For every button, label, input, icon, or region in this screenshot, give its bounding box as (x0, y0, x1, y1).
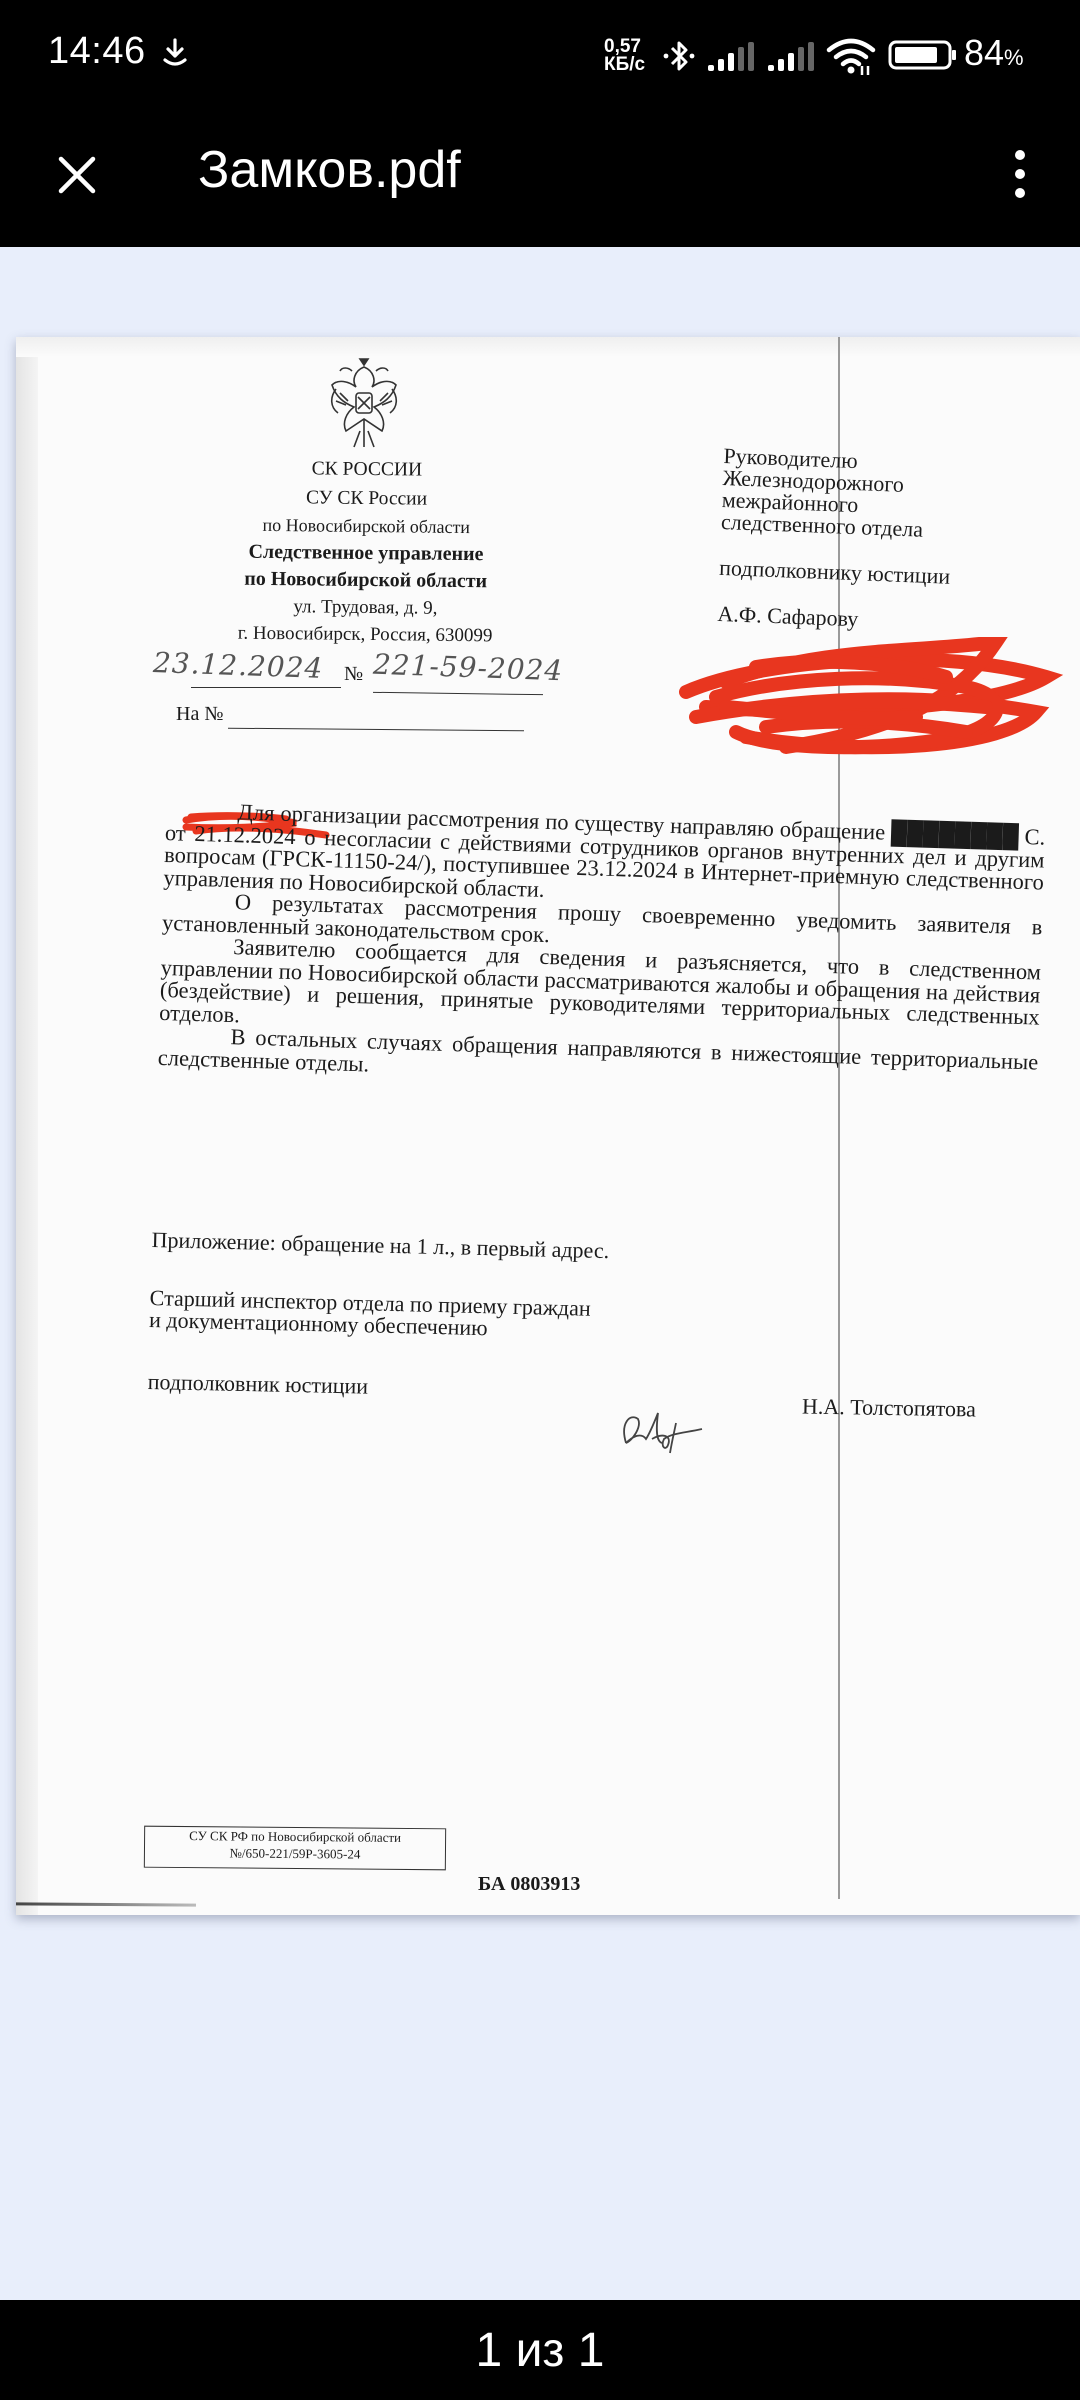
page-indicator-bar: 1 из 1 (0, 2300, 1080, 2400)
document-title: Замков.pdf (198, 140, 461, 200)
bluetooth-icon (660, 36, 698, 76)
page-indicator: 1 из 1 (476, 2323, 605, 2378)
signal-icon (766, 42, 816, 72)
letterhead-line: по Новосибирской области (196, 511, 536, 542)
appendix-line: Приложение: обращение на 1 л., в первый … (151, 1227, 609, 1264)
registration-stamp: СУ СК РФ по Новосибирской области №/650-… (144, 1826, 446, 1871)
more-vert-icon (1013, 149, 1027, 199)
red-scribble-redaction (666, 637, 1066, 767)
pdf-viewer[interactable]: СК РОССИИ СУ СК России по Новосибирской … (0, 247, 1080, 2300)
scan-artifact (16, 1902, 196, 1906)
coat-of-arms-emblem (324, 357, 404, 453)
signer-title: Старший инспектор отдела по приему гражд… (149, 1287, 591, 1342)
page-top-shadow (16, 337, 1080, 357)
date-underline (191, 687, 341, 688)
handwritten-number: 221-59-2024 (372, 648, 563, 688)
battery-percent: 84% (964, 32, 1024, 74)
addressee-name: А.Ф. Сафарову (717, 603, 1048, 638)
reply-to-label: На № (176, 703, 223, 726)
letterhead: СК РОССИИ СУ СК России по Новосибирской … (195, 453, 537, 650)
pdf-page[interactable]: СК РОССИИ СУ СК России по Новосибирской … (16, 337, 1080, 1915)
more-options-button[interactable] (990, 136, 1050, 212)
signer-name: Н.А. Толстопятова (802, 1393, 976, 1422)
status-time: 14:46 (48, 30, 146, 73)
letterhead-line: СК РОССИИ (197, 453, 537, 486)
letterhead-address: г. Новосибирск, Россия, 630099 (195, 619, 535, 650)
letterhead-address: ул. Трудовая, д. 9, (195, 592, 535, 623)
close-icon (57, 155, 97, 195)
download-icon (160, 36, 190, 70)
close-button[interactable] (42, 140, 112, 210)
stamp-line: №/650-221/59Р-3605-24 (145, 1844, 445, 1864)
letterhead-line: СУ СК России (196, 482, 536, 515)
number-underline (373, 692, 543, 695)
addressee-rank: подполковнику юстиции (719, 557, 1050, 592)
addressee-block: Руководителю Железнодорожного межрайонно… (717, 445, 1054, 638)
reply-to-underline (228, 728, 524, 732)
letter-body: Для организации рассмотрения по существу… (158, 799, 1046, 1097)
network-speed-unit: КБ/с (604, 56, 645, 74)
status-bar: 14:46 0,57 КБ/с 84% (0, 0, 1080, 100)
network-speed: 0,57 КБ/с (604, 38, 645, 74)
form-serial-number: БА 0803913 (478, 1873, 580, 1896)
battery-icon (888, 40, 958, 70)
stamp-line: СУ СК РФ по Новосибирской области (145, 1827, 445, 1847)
wifi-icon (826, 36, 876, 76)
signer-rank: подполковник юстиции (147, 1369, 368, 1400)
outgoing-date-number: 23.12.2024 № 221-59-2024 (151, 649, 601, 689)
letterhead-org: Следственное управление (196, 538, 536, 569)
number-symbol: № (344, 663, 363, 686)
app-bar: Замков.pdf (0, 100, 1080, 247)
handwritten-date: 23.12.2024 (152, 646, 323, 685)
letterhead-org: по Новосибирской области (196, 565, 536, 596)
page-edge-shadow (16, 337, 38, 1915)
handwritten-signature (612, 1393, 712, 1463)
signal-icon (706, 42, 756, 72)
